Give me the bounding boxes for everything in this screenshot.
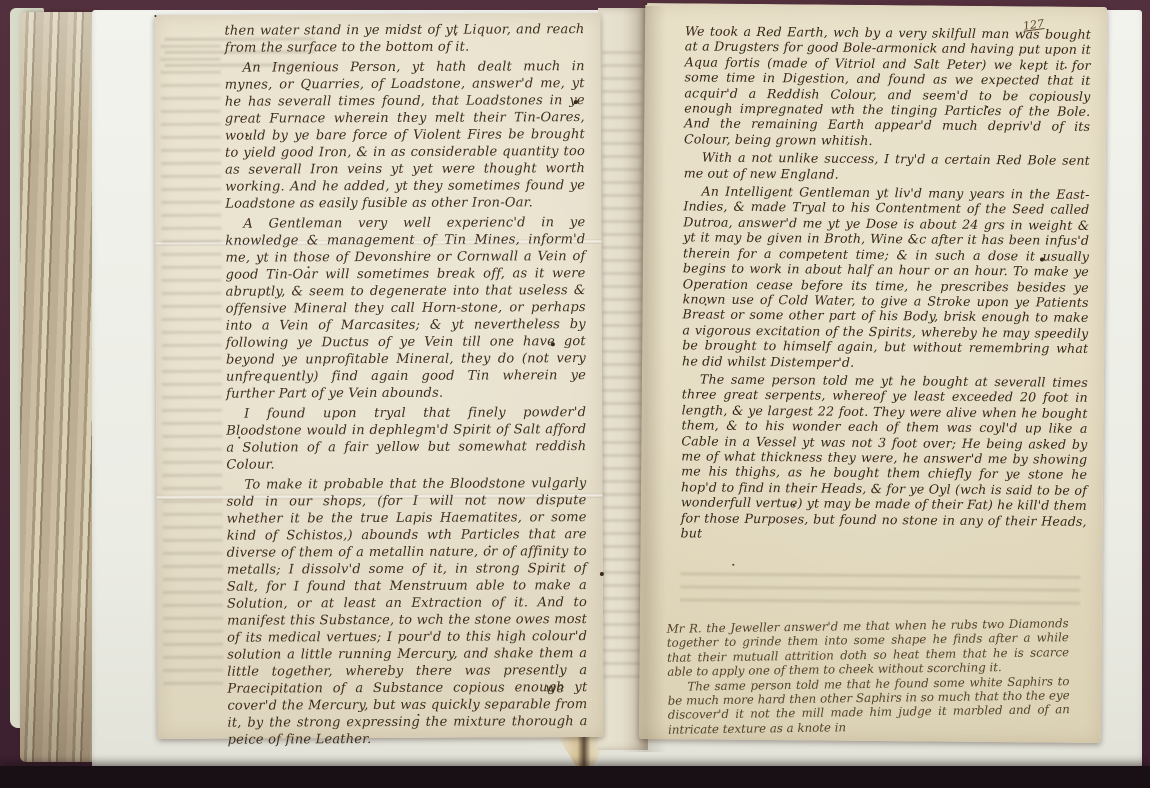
manuscript-paragraph: The same person told me yt he bought at … (681, 371, 1088, 544)
left-page-text: then water stand in ye midst of yt Liquo… (224, 21, 587, 752)
manuscript-paragraph: I found upon tryal that finely powder'd … (226, 404, 586, 474)
manuscript-paragraph: To make it probable that the Bloodstone … (226, 475, 587, 749)
bottom-dark-band (0, 766, 1150, 788)
manuscript-paragraph: A Gentleman very well experienc'd in ye … (225, 214, 586, 403)
manuscript-paragraph: With a not unlike success, I try'd a cer… (684, 150, 1090, 184)
paper-specks (645, 3, 647, 5)
left-manuscript-page: then water stand in ye midst of yt Liquo… (154, 13, 603, 739)
show-through-text (602, 48, 642, 688)
manuscript-paragraph: An Intelligent Gentleman yt liv'd many y… (682, 183, 1090, 371)
right-page-lower-notes: Mr R. the Jeweller answer'd me that when… (667, 616, 1071, 737)
manuscript-paragraph: An Ingenious Person, yt hath dealt much … (225, 58, 586, 213)
paper-specks (154, 15, 156, 17)
right-manuscript-page: 127 We took a Red Earth, wch by a very s… (639, 3, 1107, 743)
right-page-text: We took a Red Earth, wch by a very skilf… (681, 23, 1092, 547)
left-page-edges (20, 12, 100, 762)
manuscript-paragraph: then water stand in ye midst of yt Liquo… (224, 21, 584, 57)
book-photograph: then water stand in ye midst of yt Liquo… (0, 0, 1150, 788)
manuscript-paragraph: We took a Red Earth, wch by a very skilf… (684, 23, 1091, 150)
show-through-text (161, 35, 224, 695)
show-through-text (680, 563, 1080, 614)
catchword: we (545, 681, 564, 696)
manuscript-paragraph: Mr R. the Jeweller answer'd me that when… (667, 616, 1070, 679)
manuscript-paragraph: The same person told me that he found so… (667, 674, 1070, 737)
